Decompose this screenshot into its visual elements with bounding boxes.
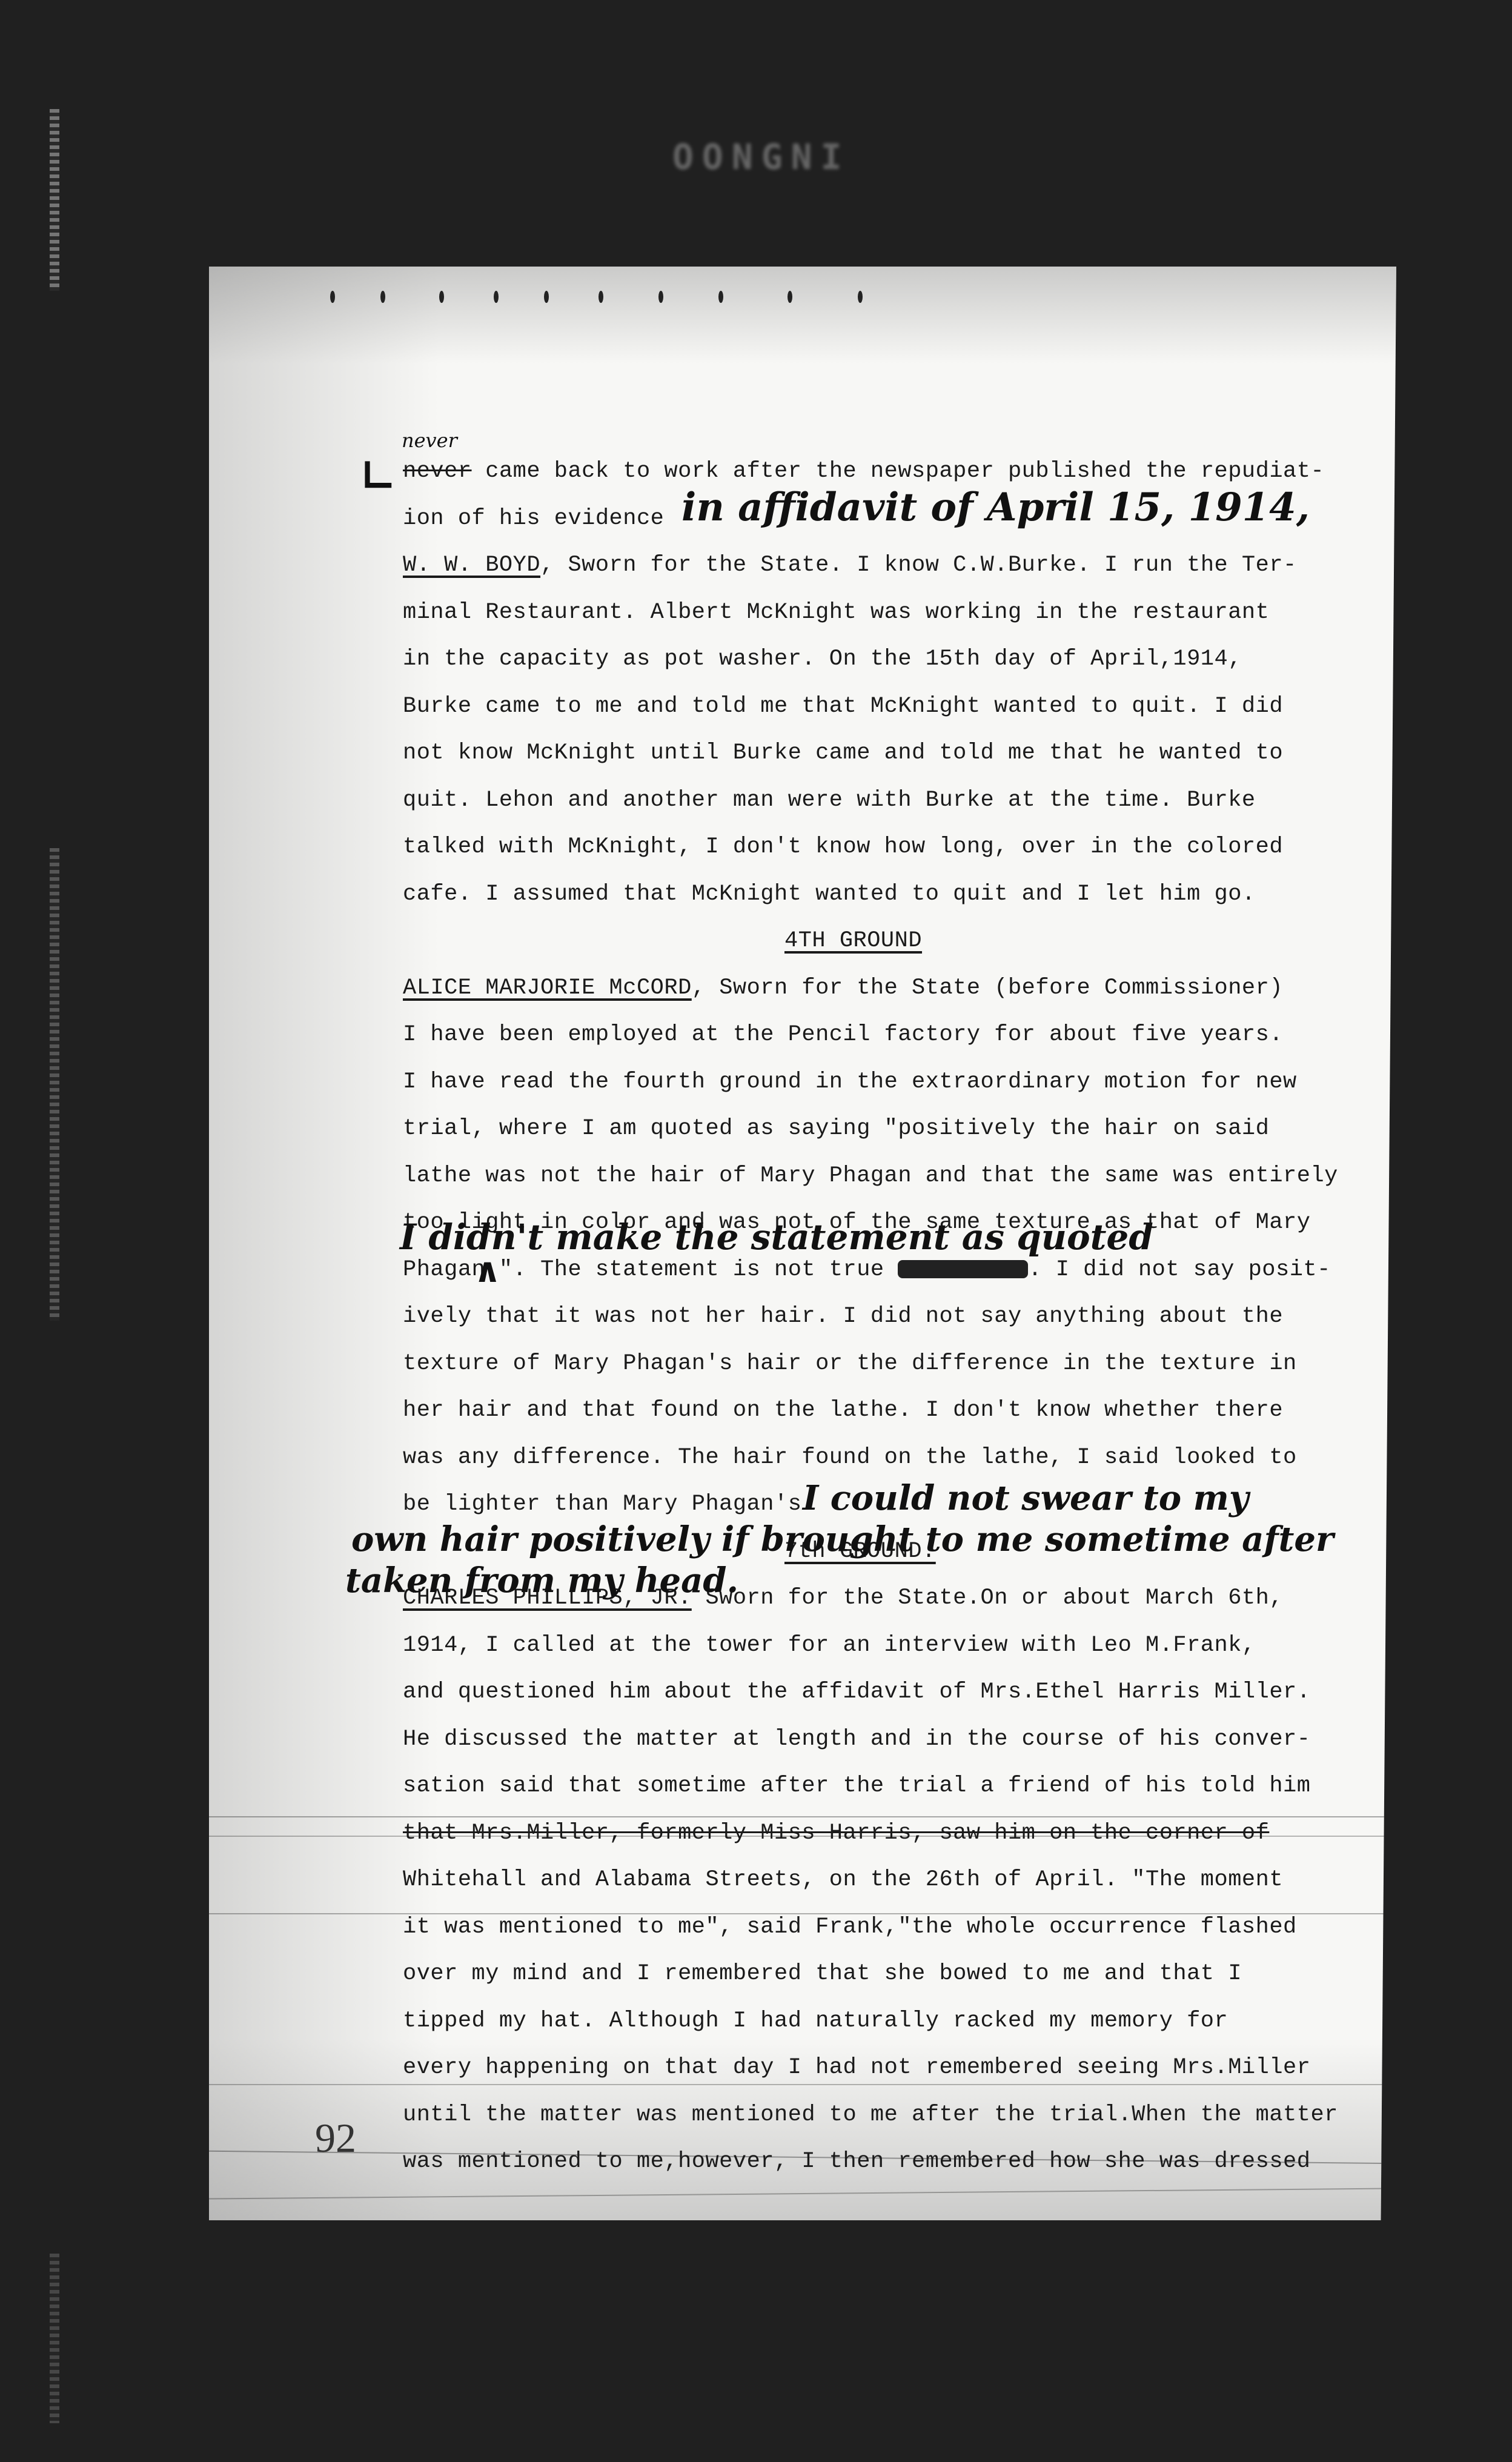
typed-line-text: , Sworn for the State (before Commission… <box>692 975 1283 1001</box>
handwritten-addition: in affidavit of April 15, 1914, <box>681 485 1310 530</box>
typed-line: that Mrs.Miller, formerly Miss Harris, s… <box>403 1810 1384 1857</box>
handwritten-note: I could not swear to my <box>803 1478 1248 1518</box>
typed-line: Whitehall and Alabama Streets, on the 26… <box>403 1857 1384 1904</box>
typed-line: I have been employed at the Pencil facto… <box>403 1012 1384 1059</box>
typed-line-text: . I did not say posit- <box>1028 1257 1330 1282</box>
typed-line: W. W. BOYD, Sworn for the State. I know … <box>403 542 1384 589</box>
punch-mark <box>544 291 549 303</box>
microfilm-header-stamp: OONGNI <box>672 136 850 178</box>
insertion-mark-icon: ∟ <box>360 451 396 501</box>
handwritten-note: own hair positively if brought to me som… <box>351 1519 1334 1559</box>
typed-line: every happening on that day I had not re… <box>403 2045 1384 2092</box>
document-page: never came back to work after the newspa… <box>209 267 1396 2220</box>
heading-text: 4TH GROUND <box>784 928 922 954</box>
typed-line: was mentioned to me,however, I then reme… <box>403 2138 1384 2186</box>
typed-line: until the matter was mentioned to me aft… <box>403 2092 1384 2139</box>
punch-mark <box>787 291 792 303</box>
punch-mark <box>330 291 335 303</box>
typed-line: ively that it was not her hair. I did no… <box>403 1293 1384 1341</box>
typed-line-text: , Sworn for the State. I know C.W.Burke.… <box>540 552 1297 578</box>
typed-line: quit. Lehon and another man were with Bu… <box>403 777 1384 825</box>
ruled-line <box>209 2188 1396 2199</box>
typed-line: not know McKnight until Burke came and t… <box>403 730 1384 777</box>
typed-line: tipped my hat. Although I had naturally … <box>403 1998 1384 2045</box>
handwritten-correction: I didn't make the statement as quoted <box>400 1216 1153 1258</box>
witness-name: W. W. BOYD <box>403 552 540 578</box>
typed-text-body: never came back to work after the newspa… <box>403 448 1384 2186</box>
film-edge-marks <box>50 848 59 1321</box>
punch-mark <box>658 291 663 303</box>
caret-icon: ∧ <box>474 1251 501 1290</box>
witness-name: ALICE MARJORIE McCORD <box>403 975 692 1001</box>
typed-line: lathe was not the hair of Mary Phagan an… <box>403 1153 1384 1200</box>
typed-line: over my mind and I remembered that she b… <box>403 1951 1384 1998</box>
film-edge-marks <box>50 109 59 291</box>
handwritten-insert: never <box>402 429 457 452</box>
typed-line: was any difference. The hair found on th… <box>403 1435 1384 1482</box>
typed-line: minal Restaurant. Albert McKnight was wo… <box>403 589 1384 637</box>
typed-line: cafe. I assumed that McKnight wanted to … <box>403 871 1384 918</box>
typed-line: texture of Mary Phagan's hair or the dif… <box>403 1341 1384 1388</box>
section-heading: 4TH GROUND <box>403 918 1384 965</box>
punch-mark <box>380 291 385 303</box>
typed-line: trial, where I am quoted as saying "posi… <box>403 1106 1384 1153</box>
redaction-blot <box>898 1260 1028 1278</box>
typed-line: it was mentioned to me", said Frank,"the… <box>403 1904 1384 1951</box>
typed-line-text: Sworn for the State.On or about March 6t… <box>692 1585 1283 1611</box>
typed-line: Burke came to me and told me that McKnig… <box>403 683 1384 731</box>
punch-mark <box>598 291 603 303</box>
punch-mark <box>858 291 863 303</box>
typed-line: 1914, I called at the tower for an inter… <box>403 1622 1384 1670</box>
page-number: 92 <box>315 2114 356 2162</box>
typed-line: He discussed the matter at length and in… <box>403 1716 1384 1764</box>
punch-mark <box>439 291 444 303</box>
punch-mark <box>718 291 723 303</box>
handwritten-note: taken from my head. <box>345 1561 738 1601</box>
typed-line: talked with McKnight, I don't know how l… <box>403 824 1384 871</box>
struck-word: never <box>403 459 472 484</box>
typed-line-text: came back to work after the newspaper pu… <box>472 459 1325 484</box>
typed-line: I have read the fourth ground in the ext… <box>403 1059 1384 1106</box>
punch-mark <box>494 291 499 303</box>
film-edge-marks <box>50 2254 59 2423</box>
typed-line: ALICE MARJORIE McCORD, Sworn for the Sta… <box>403 965 1384 1012</box>
typed-line: and questioned him about the affidavit o… <box>403 1669 1384 1716</box>
typed-line: in the capacity as pot washer. On the 15… <box>403 636 1384 683</box>
typed-line: sation said that sometime after the tria… <box>403 1763 1384 1810</box>
typed-line: her hair and that found on the lathe. I … <box>403 1387 1384 1435</box>
